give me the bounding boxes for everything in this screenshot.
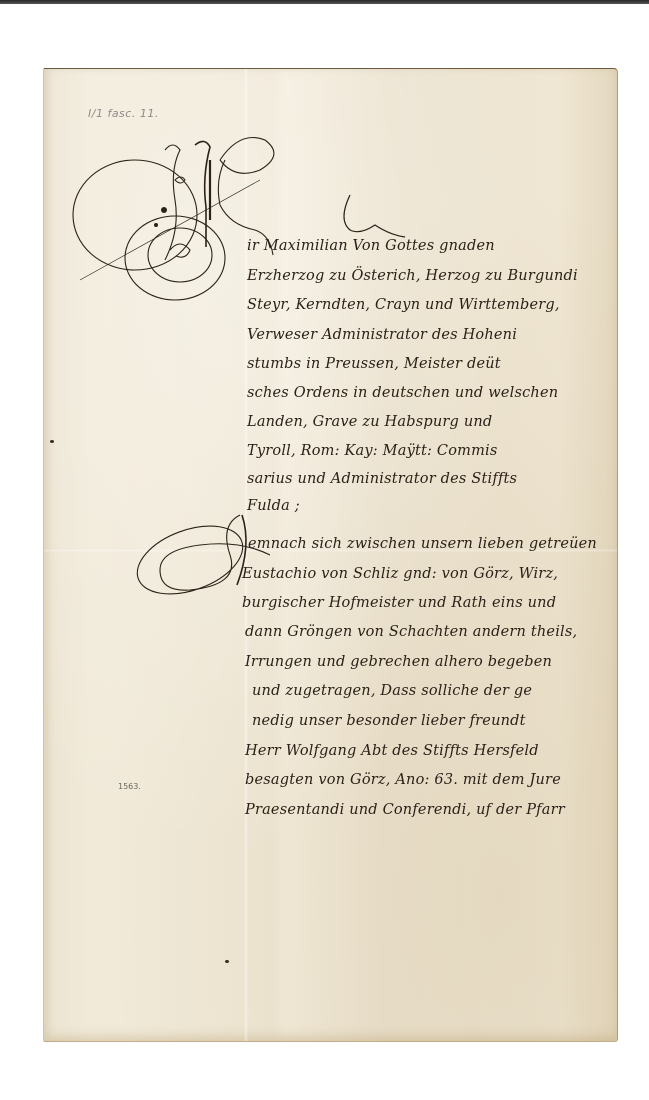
archive-pencil-note: I/1 fasc. 11. [88,107,159,120]
text-line: sches Ordens in deutschen und welschen [247,385,558,401]
text-line: sarius und Administrator des Stiffts [247,471,517,487]
text-line: Tyroll, Rom: Kay: Maÿtt: Commis [247,443,498,459]
text-line: nedig unser besonder lieber freundt [252,713,526,729]
text-line: Landen, Grave zu Habspurg und [247,414,492,430]
text-line: Steyr, Kerndten, Crayn und Wirttemberg, [247,297,560,313]
text-line: Eustachio von Schliz gnd: von Görz, Wirz… [242,566,558,582]
margin-year-note: 1563. [118,782,141,791]
text-line: Irrungen und gebrechen alhero begeben [245,654,552,670]
text-line: burgischer Hofmeister und Rath eins und [242,595,556,611]
text-line: ir Maximilian Von Gottes gnaden [247,238,495,254]
text-line: Praesentandi und Conferendi, uf der Pfar… [245,802,565,818]
text-line: und zugetragen, Dass solliche der ge [252,683,532,699]
ink-speck [50,440,54,443]
text-line: emnach sich zwischen unsern lieben getre… [248,536,597,552]
text-line: Erzherzog zu Österich, Herzog zu Burgund… [247,268,578,284]
text-line: dann Gröngen von Schachten andern theils… [245,624,577,640]
scanner-top-edge [0,0,649,4]
ink-speck [225,960,229,963]
decorative-initial-w-icon [60,120,280,320]
text-line: Verweser Administrator des Hoheni [247,327,517,343]
text-line: besagten von Görz, Ano: 63. mit dem Jure [245,772,561,788]
text-line: stumbs in Preussen, Meister deüt [247,356,501,372]
ascender-flourish-icon [335,190,415,240]
text-line: Herr Wolfgang Abt des Stiffts Hersfeld [245,743,539,759]
